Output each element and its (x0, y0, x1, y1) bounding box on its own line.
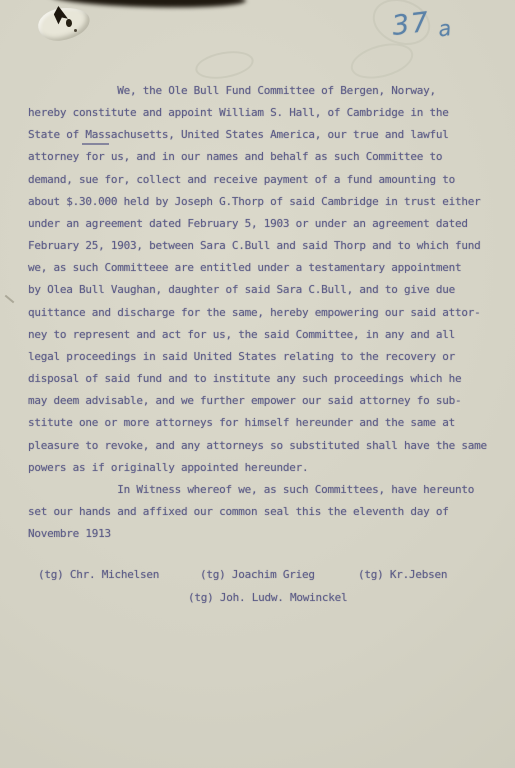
text-line: legal proceedings in said United States … (28, 346, 487, 368)
signature-grieg: (tg) Joachim Grieg (200, 568, 315, 581)
text-line: disposal of said fund and to institute a… (28, 368, 487, 390)
signature-row-2: (tg) Joh. Ludw. Mowinckel (0, 591, 515, 611)
ink-underline-mark (82, 143, 109, 145)
text-line: by Olea Bull Vaughan, daughter of said S… (28, 279, 487, 301)
text-line: Novembre 1913 (28, 523, 487, 545)
text-line: quittance and discharge for the same, he… (28, 302, 487, 324)
text-line: hereby constitute and appoint William S.… (28, 102, 487, 124)
text-line: ney to represent and act for us, the sai… (28, 324, 487, 346)
text-line: demand, sue for, collect and receive pay… (28, 169, 487, 191)
annotation-number: 37 (390, 7, 432, 42)
text-line: February 25, 1903, between Sara C.Bull a… (28, 235, 487, 257)
text-line: may deem advisable, and we further empow… (28, 390, 487, 412)
text-line: we, as such Committeee are entitled unde… (28, 257, 487, 279)
text-line: In Witness whereof we, as such Committee… (28, 479, 487, 501)
signature-mowinckel: (tg) Joh. Ludw. Mowinckel (188, 591, 347, 604)
signature-jebsen: (tg) Kr.Jebsen (358, 568, 447, 581)
text-line: stitute one or more attorneys for himsel… (28, 412, 487, 434)
text-line: pleasure to revoke, and any attorneys so… (28, 435, 487, 457)
signature-row-1: (tg) Chr. Michelsen (tg) Joachim Grieg (… (0, 568, 515, 588)
text-line: attorney for us, and in our names and be… (28, 146, 487, 168)
archival-annotation: 37a (390, 5, 445, 42)
document-page: 37a We, the Ole Bull Fund Committee of B… (0, 0, 515, 768)
typewritten-body: We, the Ole Bull Fund Committee of Berge… (28, 80, 487, 545)
tear-speck (74, 29, 77, 32)
torn-paper-patch (36, 5, 92, 44)
text-line: set our hands and affixed our common sea… (28, 501, 487, 523)
text-line: under an agreement dated February 5, 190… (28, 213, 487, 235)
text-line: We, the Ole Bull Fund Committee of Berge… (28, 80, 487, 102)
signature-michelsen: (tg) Chr. Michelsen (38, 568, 159, 581)
faint-pencil-loop (193, 47, 256, 83)
annotation-suffix: a (437, 16, 453, 41)
paper-tear-hole (0, 0, 110, 60)
text-line: powers as if originally appointed hereun… (28, 457, 487, 479)
margin-pencil-mark (5, 295, 15, 304)
text-line: about $.30.000 held by Joseph G.Thorp of… (28, 191, 487, 213)
tear-dark-dot (66, 19, 72, 27)
